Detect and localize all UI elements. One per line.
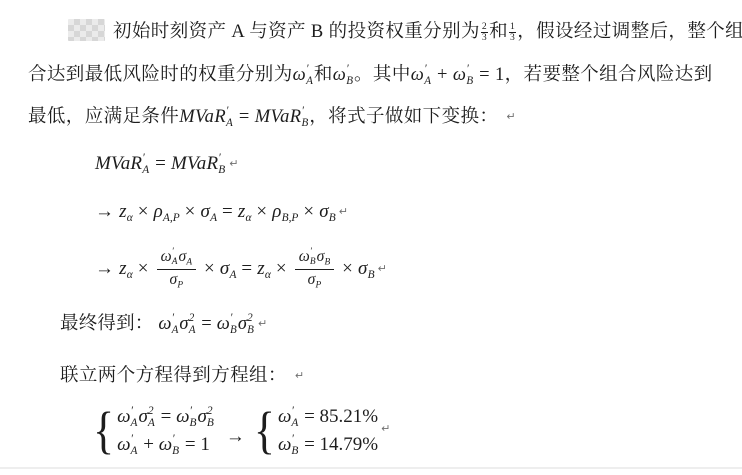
math-token: ′A bbox=[131, 406, 138, 429]
math-token: A bbox=[210, 212, 217, 224]
math-token: 联立两个方程得到方程组： bbox=[60, 366, 292, 386]
equation-fraction-form: → zα × ω′AσAσP × σA = zα × ω′BσBσP × σB↵ bbox=[95, 247, 387, 292]
math-token: z bbox=[257, 258, 265, 279]
math-token: σ bbox=[308, 271, 316, 288]
math-token: ω bbox=[293, 65, 306, 85]
math-token: = bbox=[156, 406, 176, 427]
system-arrow: → bbox=[226, 426, 245, 448]
math-token: ω′AσAσP bbox=[157, 247, 197, 292]
math-token: ′B bbox=[466, 64, 473, 87]
math-token: ′A bbox=[226, 106, 233, 129]
system-left-brace: { bbox=[93, 405, 114, 457]
math-token: × bbox=[133, 201, 154, 222]
math-token: 最低，应满足条件 bbox=[28, 107, 179, 127]
math-token: ′B bbox=[172, 434, 179, 457]
math-token: = bbox=[236, 258, 257, 279]
math-token: = bbox=[217, 201, 238, 222]
math-token: ′B bbox=[346, 64, 353, 87]
math-token: ，假设经过调整后，整个组 bbox=[517, 22, 742, 42]
math-token: 2 bbox=[482, 21, 487, 32]
system-right-column: ω′A = 85.21% ω′B = 14.79% bbox=[278, 405, 378, 458]
math-token: B bbox=[368, 269, 375, 281]
paragraph-line-1-text: 初始时刻资产 A 与资产 B 的投资权重分别为23和13，假设经过调整后，整个组 bbox=[113, 22, 742, 42]
math-token: MVaR bbox=[255, 107, 302, 127]
math-token: ω bbox=[299, 248, 310, 265]
math-token: × bbox=[180, 201, 201, 222]
math-token: ω bbox=[278, 434, 291, 455]
math-token: 3 bbox=[482, 32, 487, 43]
math-token: ω bbox=[333, 65, 346, 85]
paragraph-line-3: 最低，应满足条件MVaR′A = MVaR′B，将式子做如下变换： ↵ bbox=[28, 104, 516, 130]
redacted-text-blur bbox=[68, 19, 105, 41]
math-token: × bbox=[199, 258, 220, 279]
math-token: 2A bbox=[148, 406, 155, 429]
math-token: × bbox=[271, 258, 292, 279]
math-token: z bbox=[119, 258, 127, 279]
math-token: = bbox=[196, 314, 216, 334]
math-token: ，将式子做如下变换： bbox=[309, 107, 503, 127]
math-token: = 85.21% bbox=[299, 406, 378, 427]
math-token: B,P bbox=[282, 212, 299, 224]
math-token: ′B bbox=[218, 153, 225, 176]
math-token: σ bbox=[317, 248, 325, 265]
math-token: = 1 bbox=[180, 434, 210, 455]
math-token: ↵ bbox=[258, 317, 267, 330]
math-token: MVaR bbox=[171, 153, 218, 174]
system-left-column: ω′Aσ2A = ω′Bσ2B ω′A + ω′B = 1 bbox=[117, 405, 215, 458]
equation-system: { ω′Aσ2A = ω′Bσ2B ω′A + ω′B = 1 → { ω′A … bbox=[93, 405, 390, 458]
math-token: A,P bbox=[163, 212, 180, 224]
math-token: ′B bbox=[291, 434, 298, 457]
math-token: × bbox=[337, 258, 358, 279]
math-token: z bbox=[119, 201, 127, 222]
math-token: = bbox=[150, 153, 171, 174]
document-page: 初始时刻资产 A 与资产 B 的投资权重分别为23和13，假设经过调整后，整个组… bbox=[0, 0, 742, 475]
result-line: 最终得到： ω′Aσ2A = ω′Bσ2B↵ bbox=[60, 311, 267, 337]
math-token: σ bbox=[358, 258, 368, 279]
system-intro-line: 联立两个方程得到方程组： ↵ bbox=[60, 363, 304, 389]
math-token: ′A bbox=[172, 313, 179, 336]
system-right-brace: { bbox=[254, 405, 275, 457]
math-token: σ bbox=[238, 314, 247, 334]
math-token: 2B bbox=[247, 313, 254, 336]
math-token: 和 bbox=[489, 22, 508, 42]
math-token: σ bbox=[197, 406, 206, 427]
math-token: × bbox=[251, 201, 272, 222]
math-token: ω bbox=[117, 406, 130, 427]
math-token: ρ bbox=[154, 201, 163, 222]
paragraph-line-1: 初始时刻资产 A 与资产 B 的投资权重分别为23和13，假设经过调整后，整个组 bbox=[68, 19, 742, 45]
system-right-solution-2: ω′B = 14.79% bbox=[278, 433, 378, 457]
equation-mvar-equality: MVaR′A = MVaR′B↵ bbox=[95, 151, 238, 177]
math-token: ′B bbox=[230, 313, 237, 336]
math-token: ω bbox=[217, 314, 230, 334]
math-token: ′B bbox=[190, 406, 197, 429]
math-token: 和 bbox=[314, 65, 333, 85]
math-token: ↵ bbox=[295, 369, 304, 382]
math-token: → bbox=[95, 258, 119, 279]
math-token: σ bbox=[201, 201, 211, 222]
math-token: 合达到最低风险时的权重分别为 bbox=[28, 65, 293, 85]
bottom-divider bbox=[0, 467, 742, 469]
system-left-equation-1: ω′Aσ2A = ω′Bσ2B bbox=[117, 405, 215, 429]
math-token: P bbox=[316, 280, 322, 290]
math-token: ρ bbox=[272, 201, 281, 222]
math-token: ′B bbox=[302, 106, 309, 129]
math-token: MVaR bbox=[179, 107, 226, 127]
system-right-group: { ω′A = 85.21% ω′B = 14.79% bbox=[254, 405, 378, 458]
math-token: 13 bbox=[509, 22, 516, 43]
math-token: ↵ bbox=[378, 262, 387, 275]
system-right-solution-1: ω′A = 85.21% bbox=[278, 405, 378, 429]
system-left-group: { ω′Aσ2A = ω′Bσ2B ω′A + ω′B = 1 bbox=[93, 405, 215, 458]
math-token: 3 bbox=[510, 32, 515, 43]
equation-correlation-form: → zα × ρA,P × σA = zα × ρB,P × σB↵ bbox=[95, 199, 348, 231]
math-token: + bbox=[139, 434, 159, 455]
math-token: B bbox=[329, 212, 336, 224]
math-token: P bbox=[177, 280, 183, 290]
math-token: 2B bbox=[207, 406, 214, 429]
math-token: 1 bbox=[510, 21, 515, 32]
math-token: ω bbox=[158, 314, 171, 334]
math-token: 23 bbox=[481, 22, 488, 43]
math-token: 初始时刻资产 A 与资产 B 的投资权重分别为 bbox=[113, 22, 480, 42]
paragraph-return-mark: ↵ bbox=[381, 422, 390, 435]
math-token: ′A bbox=[131, 434, 138, 457]
math-token: ω′BσBσP bbox=[295, 247, 335, 292]
math-token: × bbox=[133, 258, 154, 279]
math-token: σ bbox=[179, 314, 188, 334]
math-token: ′A bbox=[291, 406, 298, 429]
math-token: ω bbox=[411, 65, 424, 85]
math-token: = bbox=[234, 107, 255, 127]
math-token: ω bbox=[161, 248, 172, 265]
math-token: σ bbox=[319, 201, 329, 222]
math-token: → bbox=[95, 201, 119, 222]
math-token: 。其中 bbox=[354, 65, 411, 85]
math-token: + bbox=[432, 65, 453, 85]
math-token: ω bbox=[453, 65, 466, 85]
math-token: ′A bbox=[306, 64, 313, 87]
math-token: = 14.79% bbox=[299, 434, 378, 455]
math-token: B bbox=[325, 257, 331, 267]
math-token: ↵ bbox=[506, 110, 515, 123]
math-token: ′A bbox=[424, 64, 431, 87]
math-token: ′A bbox=[142, 153, 149, 176]
system-left-equation-2: ω′A + ω′B = 1 bbox=[117, 433, 215, 457]
math-token: ↵ bbox=[339, 205, 348, 218]
math-token: = 1，若要整个组合风险达到 bbox=[474, 65, 712, 85]
paragraph-line-2: 合达到最低风险时的权重分别为ω′A和ω′B。其中ω′A + ω′B = 1，若要… bbox=[28, 62, 713, 88]
math-token: A bbox=[186, 257, 192, 267]
math-token: ↵ bbox=[229, 157, 238, 170]
math-token: ′A bbox=[172, 248, 178, 267]
math-token: σ bbox=[139, 406, 148, 427]
math-token: ω bbox=[176, 406, 189, 427]
math-token: ′B bbox=[310, 248, 316, 267]
math-token: MVaR bbox=[95, 153, 142, 174]
math-token: 2A bbox=[189, 313, 196, 336]
math-token: ω bbox=[278, 406, 291, 427]
math-token: ω bbox=[117, 434, 130, 455]
math-token: × bbox=[298, 201, 319, 222]
math-token: 最终得到： bbox=[60, 314, 158, 334]
math-token: ω bbox=[159, 434, 172, 455]
